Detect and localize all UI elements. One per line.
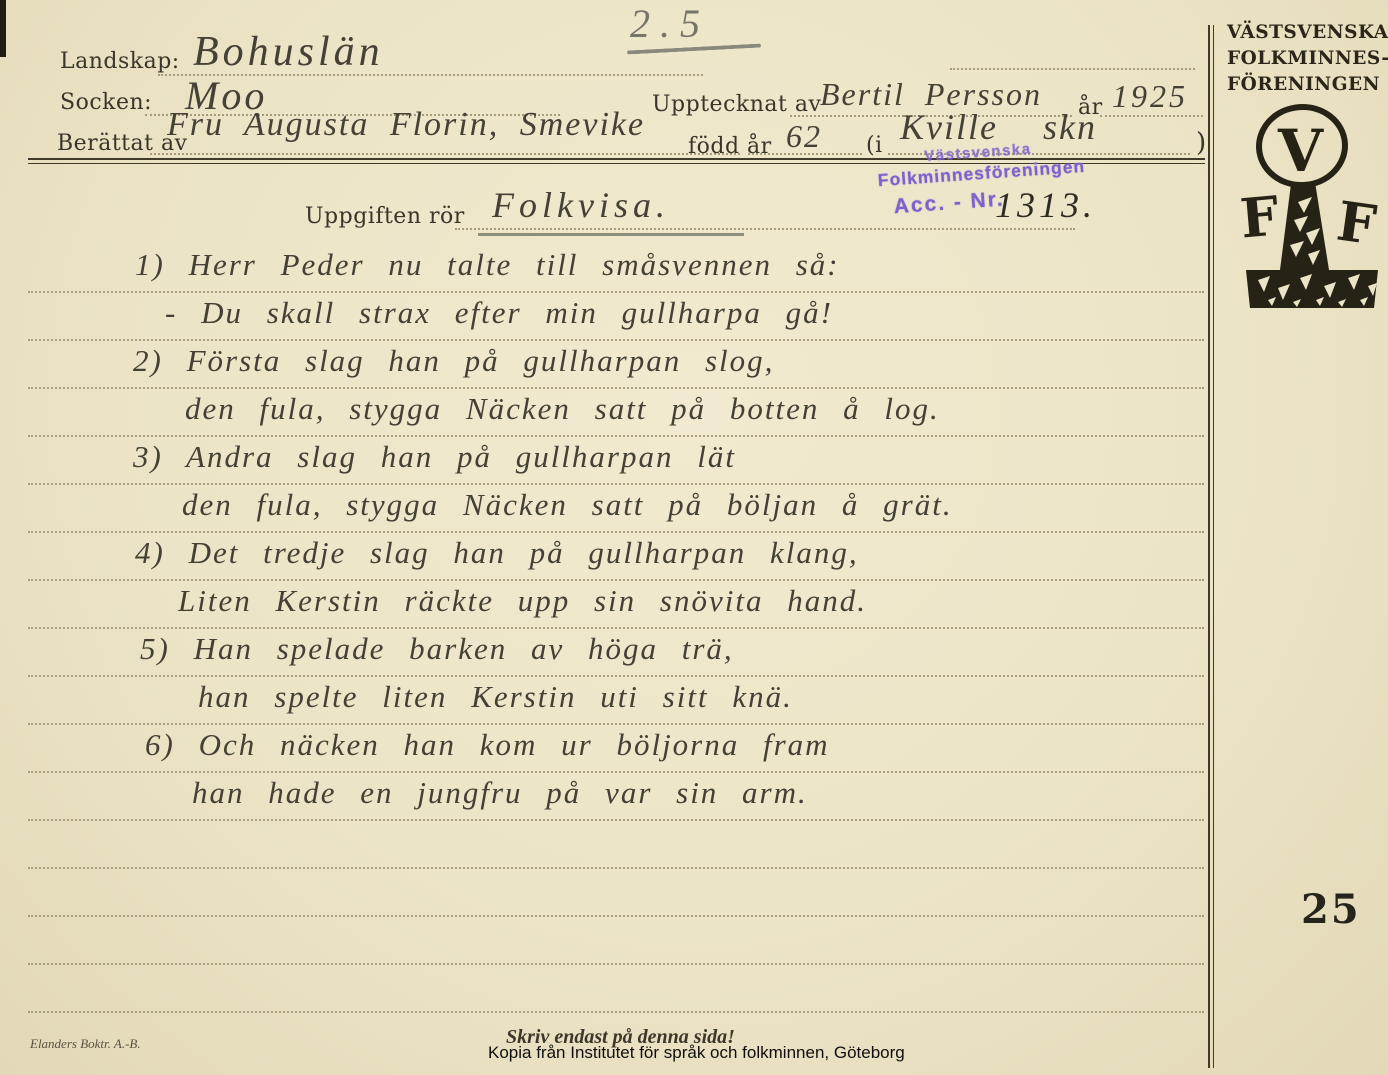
verse-line: - Du skall strax efter min gullharpa gå! <box>165 295 833 331</box>
org-line-3: FÖRENINGEN <box>1227 72 1385 98</box>
pencil-page-note: 2.5 <box>630 0 710 47</box>
ruled-line <box>28 339 1204 341</box>
ruled-line <box>28 483 1204 485</box>
field-label-socken: Socken: <box>60 90 152 115</box>
field-label-uppgiften-ror: Uppgiften rör <box>305 204 465 229</box>
verse-line: han spelte liten Kerstin uti sitt knä. <box>198 679 793 715</box>
field-value-subject: Folkvisa. <box>492 184 670 226</box>
archive-copy-note: Kopia från Institutet för språk och folk… <box>488 1043 905 1063</box>
ruled-line <box>28 963 1204 965</box>
ruled-line <box>28 867 1204 869</box>
ruled-line <box>28 291 1204 293</box>
field-paren-close: ) <box>1196 128 1207 158</box>
ruled-line <box>28 819 1204 821</box>
field-label-landskap: Landskap: <box>60 49 180 74</box>
ruled-line <box>28 675 1204 677</box>
page-number: 25 <box>1301 886 1361 933</box>
verse-line: 2) Första slag han på gullharpan slog, <box>133 343 774 379</box>
scan-edge-artifact <box>0 0 6 57</box>
org-line-2: FOLKMINNES- <box>1227 46 1385 72</box>
verse-line: den fula, stygga Näcken satt på böljan å… <box>182 487 953 523</box>
ruled-line <box>28 1011 1204 1013</box>
field-value-ar: 1925 <box>1112 78 1188 115</box>
field-value-fodd-ar: 62 <box>786 118 822 155</box>
vff-thor-hammer-logo: V F F <box>1238 102 1386 314</box>
ruled-line <box>28 627 1204 629</box>
ruled-line <box>28 387 1204 389</box>
ruled-line <box>28 531 1204 533</box>
verse-line: 3) Andra slag han på gullharpan lät <box>133 439 736 475</box>
logo-letter-f-left: F <box>1238 184 1281 251</box>
verse-line: den fula, stygga Näcken satt på botten å… <box>185 391 940 427</box>
logo-letter-f-right: F <box>1333 188 1380 257</box>
ruled-line <box>28 579 1204 581</box>
verse-line: han hade en jungfru på var sin arm. <box>192 775 808 811</box>
logo-letter-v: V <box>1277 117 1324 185</box>
verse-line: Liten Kerstin räckte upp sin snövita han… <box>178 583 867 619</box>
verse-line: 6) Och näcken han kom ur böljorna fram <box>145 727 830 763</box>
field-value-landskap: Bohuslän <box>193 28 384 76</box>
printer-imprint: Elanders Boktr. A.-B. <box>30 1036 141 1052</box>
verse-line: 5) Han spelade barken av höga trä, <box>140 631 734 667</box>
ruled-line <box>28 723 1204 725</box>
field-line-subject <box>455 228 1075 230</box>
field-label-fodd-ar: född år <box>688 134 772 159</box>
subject-underline-stroke <box>478 233 744 236</box>
right-margin-double-line <box>1208 25 1214 1068</box>
ruled-line <box>28 915 1204 917</box>
ruled-line <box>28 771 1204 773</box>
ruled-line <box>28 435 1204 437</box>
organization-name: VÄSTSVENSKA FOLKMINNES- FÖRENINGEN <box>1227 20 1385 98</box>
field-line-ar <box>1100 115 1203 117</box>
field-value-berattat-av: Fru Augusta Florin, Smevike <box>167 106 645 144</box>
accession-number-handwritten: 1313. <box>995 184 1096 226</box>
field-label-upptecknat-av: Upptecknat av <box>652 92 821 117</box>
field-line-berattat-av <box>150 153 740 155</box>
field-line-top-right <box>950 68 1195 70</box>
verse-line: 1) Herr Peder nu talte till småsvennen s… <box>135 247 840 283</box>
archive-card-scan: 2.5 Landskap: Bohuslän Socken: Moo Berät… <box>0 0 1388 1075</box>
org-line-1: VÄSTSVENSKA <box>1227 20 1385 46</box>
verse-line: 4) Det tredje slag han på gullharpan kla… <box>135 535 859 571</box>
